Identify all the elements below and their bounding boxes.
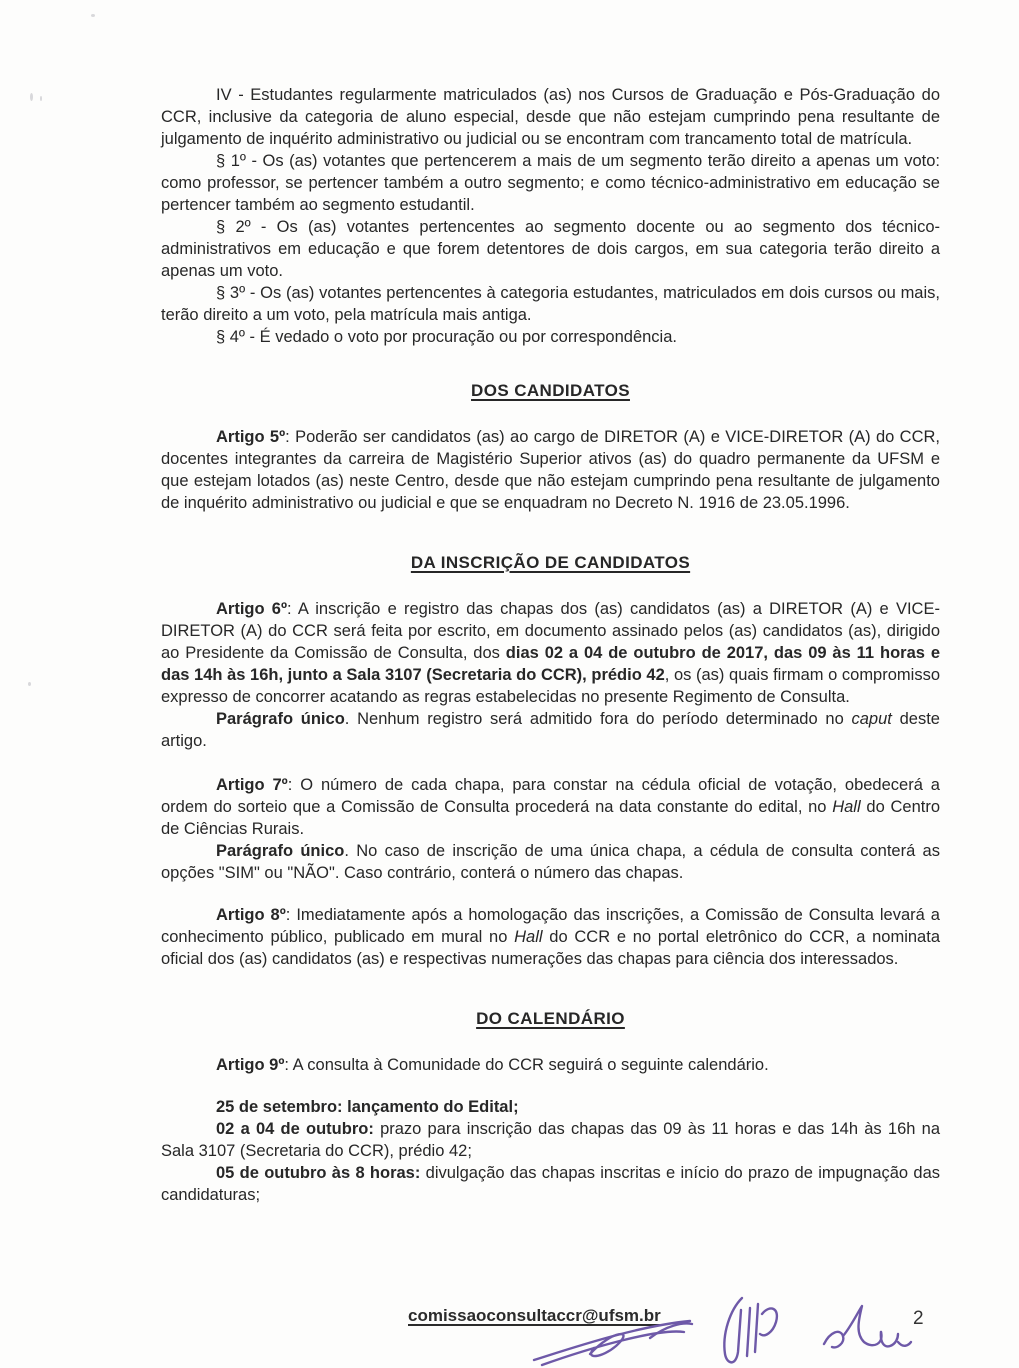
paragraph-artigo-7: Artigo 7º: O número de cada chapa, para … — [161, 774, 940, 840]
artigo-6-label: Artigo 6º — [216, 600, 287, 618]
paragraph-3-text: § 3º - Os (as) votantes pertencentes à c… — [161, 284, 940, 324]
scan-artifact — [30, 93, 33, 101]
artigo-9-text: : A consulta à Comunidade do CCR seguirá… — [284, 1056, 768, 1074]
paragraph-2: § 2º - Os (as) votantes pertencentes ao … — [161, 216, 940, 282]
calendar-item-1: 25 de setembro: lançamento do Edital; — [161, 1096, 940, 1118]
scan-artifact — [28, 682, 31, 686]
calendar-item-2-date: 02 a 04 de outubro: — [216, 1120, 374, 1138]
scan-artifact — [40, 96, 42, 101]
section-heading-calendario: DO CALENDÁRIO — [161, 1008, 940, 1030]
scanned-document-page: IV - Estudantes regularmente matriculado… — [0, 0, 1019, 1368]
calendar-item-3: 05 de outubro às 8 horas: divulgação das… — [161, 1162, 940, 1206]
calendar-item-1-text: 25 de setembro: lançamento do Edital; — [216, 1098, 519, 1116]
signature-1 — [532, 1316, 697, 1368]
artigo-5-label: Artigo 5º — [216, 428, 285, 446]
signature-3 — [818, 1302, 913, 1364]
calendar-item-2: 02 a 04 de outubro: prazo para inscrição… — [161, 1118, 940, 1162]
artigo-6-pu-text-1: . Nenhum registro será admitido fora do … — [345, 710, 852, 728]
paragraph-1-text: § 1º - Os (as) votantes que pertencerem … — [161, 152, 940, 214]
paragraph-artigo-6-paragrafo-unico: Parágrafo único. Nenhum registro será ad… — [161, 708, 940, 752]
paragraph-artigo-9: Artigo 9º: A consulta à Comunidade do CC… — [161, 1054, 940, 1076]
artigo-6-pu-label: Parágrafo único — [216, 710, 345, 728]
section-heading-inscricao: DA INSCRIÇÃO DE CANDIDATOS — [161, 552, 940, 574]
paragraph-artigo-7-paragrafo-unico: Parágrafo único. No caso de inscrição de… — [161, 840, 940, 884]
calendar-item-3-date: 05 de outubro às 8 horas: — [216, 1164, 420, 1182]
artigo-8-italic-hall: Hall — [514, 928, 542, 946]
signature-2 — [710, 1292, 795, 1368]
paragraph-artigo-5: Artigo 5º: Poderão ser candidatos (as) a… — [161, 426, 940, 514]
page-number: 2 — [913, 1308, 924, 1330]
paragraph-3: § 3º - Os (as) votantes pertencentes à c… — [161, 282, 940, 326]
artigo-9-label: Artigo 9º — [216, 1056, 284, 1074]
heading-calendario-text: DO CALENDÁRIO — [476, 1009, 625, 1028]
paragraph-artigo-8: Artigo 8º: Imediatamente após a homologa… — [161, 904, 940, 970]
artigo-7-label: Artigo 7º — [216, 776, 288, 794]
paragraph-artigo-6: Artigo 6º: A inscrição e registro das ch… — [161, 598, 940, 708]
item-iv-text: IV - Estudantes regularmente matriculado… — [161, 86, 940, 148]
heading-dos-candidatos-text: DOS CANDIDATOS — [471, 381, 630, 400]
artigo-6-pu-italic-caput: caput — [852, 710, 892, 728]
artigo-7-pu-label: Parágrafo único — [216, 842, 344, 860]
paragraph-4-text: § 4º - É vedado o voto por procuração ou… — [216, 328, 677, 346]
scan-artifact — [91, 14, 95, 17]
paragraph-4: § 4º - É vedado o voto por procuração ou… — [161, 326, 940, 348]
document-body: IV - Estudantes regularmente matriculado… — [161, 84, 940, 1206]
artigo-7-italic-hall: Hall — [832, 798, 860, 816]
section-heading-dos-candidatos: DOS CANDIDATOS — [161, 380, 940, 402]
paragraph-item-iv: IV - Estudantes regularmente matriculado… — [161, 84, 940, 150]
artigo-8-label: Artigo 8º — [216, 906, 286, 924]
paragraph-1: § 1º - Os (as) votantes que pertencerem … — [161, 150, 940, 216]
heading-inscricao-text: DA INSCRIÇÃO DE CANDIDATOS — [411, 553, 690, 572]
paragraph-2-text: § 2º - Os (as) votantes pertencentes ao … — [161, 218, 940, 280]
